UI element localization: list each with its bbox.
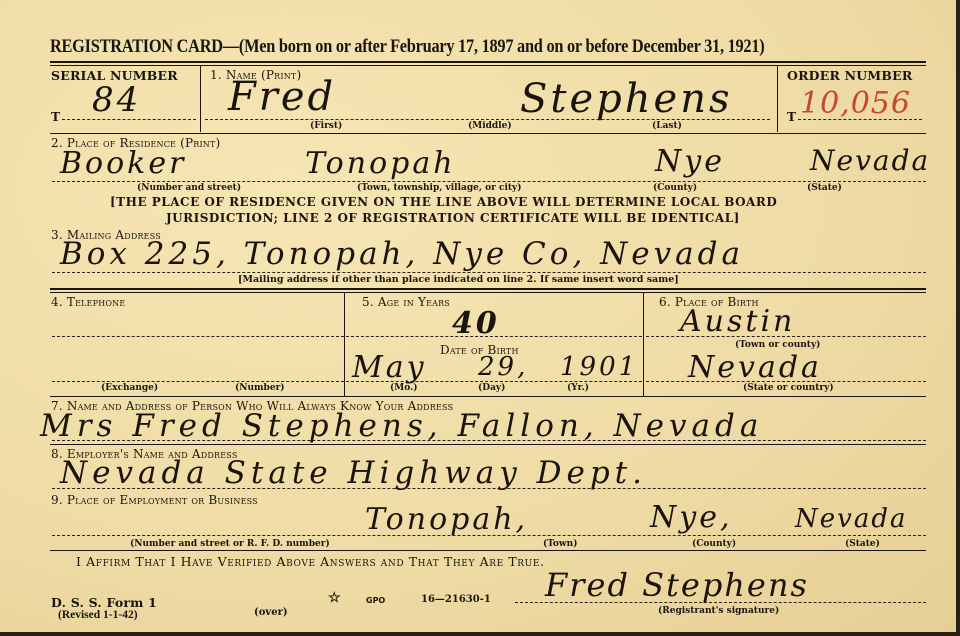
- dob-year: 1901: [560, 352, 638, 382]
- mo-sub: (Mo.): [390, 383, 417, 393]
- employment-label: 9. Place of Employment or Business: [51, 493, 258, 507]
- birthplace-town-sub: (Town or county): [735, 340, 820, 350]
- divider: [344, 293, 345, 396]
- town-sub: (Town, township, village, or city): [357, 183, 522, 193]
- residence-street: Booker: [60, 146, 186, 181]
- telephone-line-1: [52, 336, 344, 337]
- affirmation-text: I Affirm That I Have Verified Above Answ…: [76, 554, 545, 569]
- mailing-line: [52, 272, 926, 273]
- employer-value: Nevada State Highway Dept.: [60, 455, 647, 491]
- exchange-sub: (Exchange): [101, 383, 158, 393]
- employment-town-sub: (Town): [543, 539, 577, 549]
- divider: [50, 550, 926, 551]
- age-value: 40: [452, 306, 500, 341]
- over-note: (over): [254, 607, 288, 618]
- residence-town: Tonopah: [305, 146, 456, 181]
- telephone-label: 4. Telephone: [51, 295, 125, 309]
- divider: [50, 444, 926, 445]
- mailing-value: Box 225, Tonopah, Nye Co, Nevada: [60, 236, 744, 272]
- residence-notice-2: JURISDICTION; LINE 2 OF REGISTRATION CER…: [166, 211, 740, 225]
- print-code: 16—21630-1: [421, 594, 491, 605]
- serial-number-value: 84: [92, 80, 141, 120]
- employment-state-sub: (State): [845, 539, 880, 549]
- age-label: 5. Age in Years: [362, 295, 450, 309]
- first-sub: (First): [310, 121, 342, 131]
- divider: [50, 133, 926, 134]
- registrant-signature: Fred Stephens: [545, 566, 809, 604]
- telephone-line-2: [52, 381, 344, 382]
- last-sub: (Last): [652, 121, 682, 131]
- number-sub: (Number): [235, 383, 285, 393]
- first-name-value: Fred: [228, 74, 336, 120]
- last-name-value: Stephens: [520, 76, 732, 122]
- employment-county: Nye,: [650, 500, 733, 535]
- divider: [200, 66, 201, 132]
- order-number-label: ORDER NUMBER: [787, 68, 912, 83]
- state-sub: (State): [807, 183, 842, 193]
- star-icon: ☆: [328, 590, 341, 606]
- divider: [50, 396, 926, 397]
- middle-sub: (Middle): [468, 121, 512, 131]
- signature-sub: (Registrant's signature): [658, 606, 779, 616]
- street-sub: (Number and street): [137, 183, 241, 193]
- residence-state: Nevada: [810, 144, 930, 177]
- contact-value: Mrs Fred Stephens, Fallon, Nevada: [40, 408, 763, 444]
- card-title: REGISTRATION CARD—(Men born on or after …: [50, 36, 764, 58]
- birthplace-state: Nevada: [688, 350, 822, 385]
- birthplace-town: Austin: [680, 304, 795, 339]
- yr-sub: (Yr.): [567, 383, 589, 393]
- employment-county-sub: (County): [692, 539, 736, 549]
- employment-state: Nevada: [795, 504, 907, 534]
- employment-street-sub: (Number and street or R. F. D. number): [130, 539, 330, 549]
- divider: [50, 288, 926, 290]
- residence-notice-1: [THE PLACE OF RESIDENCE GIVEN ON THE LIN…: [110, 195, 777, 209]
- form-number: D. S. S. Form 1: [51, 595, 157, 610]
- order-number-value: 10,056: [800, 86, 911, 121]
- employment-town: Tonopah,: [365, 502, 528, 537]
- mailing-sub: [Mailing address if other than place ind…: [238, 274, 679, 285]
- registration-card: REGISTRATION CARD—(Men born on or after …: [0, 0, 960, 636]
- divider: [50, 292, 926, 293]
- day-sub: (Day): [478, 383, 505, 393]
- residence-county: Nye: [655, 144, 725, 179]
- form-revised: (Revised 1-1-42): [58, 609, 138, 621]
- order-prefix: T: [787, 110, 796, 124]
- birthplace-state-sub: (State or country): [743, 383, 834, 393]
- residence-line: [52, 181, 926, 182]
- dob-month: May: [352, 350, 427, 385]
- gpo-mark: GPO: [366, 596, 385, 605]
- divider: [50, 61, 926, 63]
- divider: [777, 66, 778, 132]
- county-sub: (County): [653, 183, 697, 193]
- divider: [50, 65, 926, 66]
- dob-day: 29,: [478, 352, 528, 382]
- serial-prefix: T: [51, 110, 60, 124]
- divider: [643, 293, 644, 396]
